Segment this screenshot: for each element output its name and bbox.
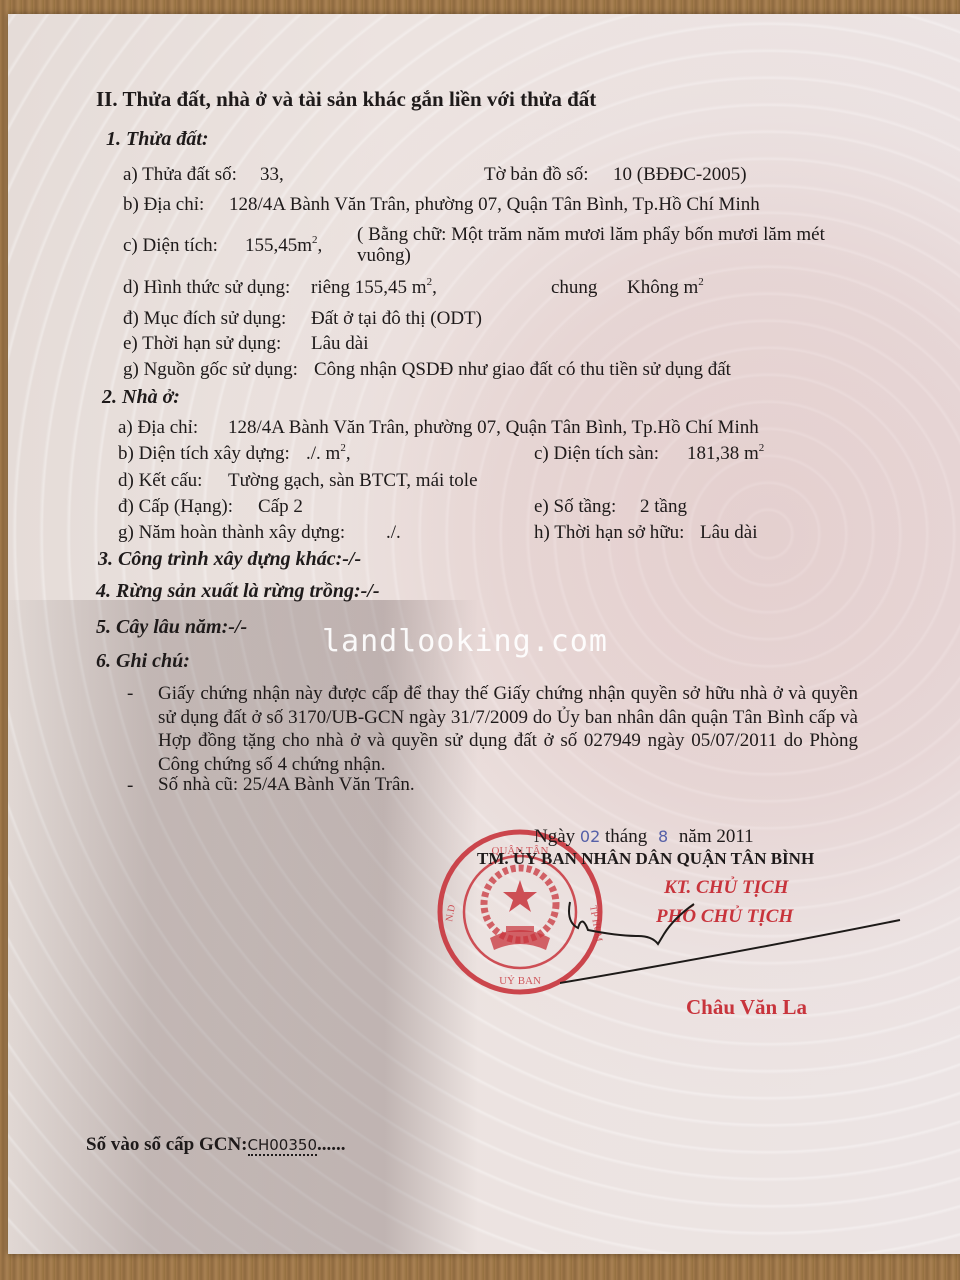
signer-name: Châu Văn La [686, 996, 807, 1018]
handwritten-day: 02 [580, 827, 600, 846]
issuing-authority: TM. ỦY BAN NHÂN DÂN QUẬN TÂN BÌNH [477, 848, 814, 870]
usage-common-label: chung [551, 277, 597, 299]
usage-private-value: riêng 155,45 m2, [311, 277, 437, 299]
land-term-value: Lâu dài [311, 333, 369, 355]
parcel-label: a) Thửa đất số: [123, 164, 237, 186]
floors-value: 2 tầng [640, 496, 687, 518]
section-title: II. Thửa đất, nhà ở và tài sản khác gắn … [96, 88, 596, 110]
ownership-term-label: h) Thời hạn sở hữu: [534, 522, 684, 544]
map-sheet-label: Tờ bản đồ số: [484, 164, 589, 186]
area-in-words-line2: vuông) [357, 245, 411, 267]
forest-heading: 4. Rừng sản xuất là rừng trồng:-/- [96, 580, 379, 602]
svg-text:UỶ BAN: UỶ BAN [499, 975, 541, 987]
other-construction-heading: 3. Công trình xây dựng khác:-/- [98, 548, 361, 570]
perennial-heading: 5. Cây lâu năm:-/- [96, 616, 247, 638]
grade-value: Cấp 2 [258, 496, 303, 518]
note-bullet-1: - [127, 683, 133, 705]
land-address-value: 128/4A Bành Văn Trân, phường 07, Quận Tâ… [229, 194, 760, 216]
house-address-value: 128/4A Bành Văn Trân, phường 07, Quận Tâ… [228, 417, 759, 439]
parcel-value: 33, [260, 164, 284, 186]
usage-common-value: Không m2 [627, 277, 704, 299]
registry-handwritten-value: CH00350 [248, 1136, 317, 1156]
registry-number: Số vào sổ cấp GCN:CH00350...... [86, 1134, 346, 1156]
origin-value: Công nhận QSDĐ như giao đất có thu tiền … [314, 359, 731, 381]
floor-area-label: c) Diện tích sàn: [534, 443, 659, 465]
land-address-label: b) Địa chỉ: [123, 194, 204, 216]
ownership-term-value: Lâu dài [700, 522, 758, 544]
area-in-words-line1: ( Bằng chữ: Một trăm năm mươi lăm phẩy b… [357, 224, 825, 246]
handwritten-month: 8 [658, 827, 668, 846]
svg-text:N.D: N.D [444, 904, 458, 923]
house-heading: 2. Nhà ở: [102, 386, 180, 408]
structure-label: d) Kết cấu: [118, 470, 202, 492]
grade-label: đ) Cấp (Hạng): [118, 496, 233, 518]
notes-heading: 6. Ghi chú: [96, 650, 190, 672]
map-sheet-value: 10 (BĐĐC-2005) [613, 164, 747, 186]
area-value: 155,45m2, [245, 235, 322, 257]
usage-form-label: d) Hình thức sử dụng: [123, 277, 290, 299]
note-item-1: Giấy chứng nhận này được cấp để thay thế… [158, 682, 858, 776]
watermark-text: landlooking.com [322, 624, 608, 659]
structure-value: Tường gạch, sàn BTCT, mái tole [228, 470, 478, 492]
purpose-value: Đất ở tại đô thị (ODT) [311, 308, 482, 330]
completion-year-value: ./. [386, 522, 401, 544]
land-heading: 1. Thửa đất: [106, 128, 209, 150]
sign-date: Ngày 02 tháng 8 năm 2011 [534, 826, 754, 848]
document-content: II. Thửa đất, nhà ở và tài sản khác gắn … [0, 0, 960, 1280]
origin-label: g) Nguồn gốc sử dụng: [123, 359, 298, 381]
house-address-label: a) Địa chỉ: [118, 417, 198, 439]
floor-area-value: 181,38 m2 [687, 443, 764, 465]
built-area-value: ./. m2, [306, 443, 351, 465]
floors-label: e) Số tầng: [534, 496, 616, 518]
built-area-label: b) Diện tích xây dựng: [118, 443, 290, 465]
area-label: c) Diện tích: [123, 235, 218, 257]
purpose-label: đ) Mục đích sử dụng: [123, 308, 286, 330]
completion-year-label: g) Năm hoàn thành xây dựng: [118, 522, 345, 544]
handwritten-signature-icon [560, 880, 920, 1000]
note-bullet-2: - [127, 775, 133, 797]
note-item-2: Số nhà cũ: 25/4A Bành Văn Trân. [158, 774, 415, 796]
land-term-label: e) Thời hạn sử dụng: [123, 333, 281, 355]
